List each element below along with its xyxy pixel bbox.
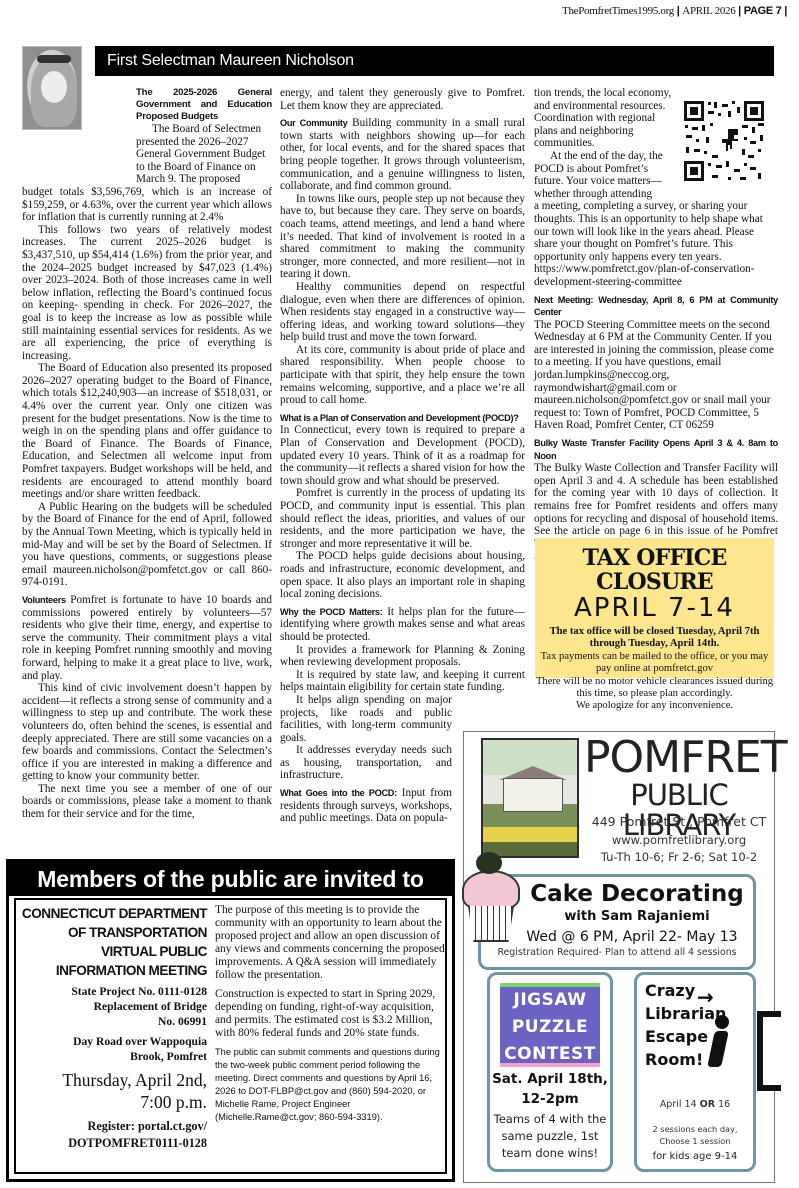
tax-notice-dates: APRIL 7-14 xyxy=(535,594,774,622)
library-ad: POMFRET PUBLIC LIBRARY 449 Pomfret St., … xyxy=(463,731,775,1183)
qr-code-graphic xyxy=(682,99,766,183)
issue-month: APRIL 2026 xyxy=(682,5,735,17)
folio-separator: | xyxy=(735,5,743,17)
meeting-details: CONNECTICUT DEPARTMENT OF TRANSPORTATION… xyxy=(20,904,207,1152)
photo-sunglasses xyxy=(37,55,71,63)
public-meeting-notice: Members of the public are invited to CON… xyxy=(6,859,455,1182)
meeting-date: Thursday, April 2nd, xyxy=(20,1069,207,1091)
meeting-time: 7:00 p.m. xyxy=(20,1091,207,1113)
paragraph: The next time you see a member of one of… xyxy=(22,783,272,821)
cake-event-schedule: Wed @ 6 PM, April 22- May 13 xyxy=(511,927,753,947)
paragraph: tion trends, the local economy, and envi… xyxy=(534,87,674,150)
qr-wrap-text: tion trends, the local economy, and envi… xyxy=(534,87,674,200)
project-line: Replacement of Bridge xyxy=(20,999,207,1014)
next-meeting-heading: Next Meeting: Wednesday, April 8, 6 PM a… xyxy=(534,294,778,319)
house-icon xyxy=(503,778,563,812)
jigsaw-graphic-text: PUZZLE xyxy=(500,1014,600,1041)
escape-room-dates: April 14 OR 16 xyxy=(637,1099,753,1112)
bulky-waste-heading: Bulky Waste Transfer Facility Opens Apri… xyxy=(534,437,778,462)
paragraph: It helps align spending on major project… xyxy=(280,694,452,744)
meeting-organization: CONNECTICUT DEPARTMENT OF TRANSPORTATION… xyxy=(20,904,207,980)
paragraph: It provides a framework for Planning & Z… xyxy=(280,644,525,669)
meeting-notice-body: CONNECTICUT DEPARTMENT OF TRANSPORTATION… xyxy=(14,898,447,1174)
escape-room-event: Crazy Librarian Escape Room! → April 14 … xyxy=(634,972,756,1172)
paragraph: Our Community Building community in a sm… xyxy=(280,117,525,193)
cake-event-title: Cake Decorating xyxy=(521,880,753,908)
runner-body xyxy=(707,1031,729,1067)
cupcake-frosting xyxy=(462,870,520,910)
paragraph: budget totals $3,596,769, which is an in… xyxy=(22,186,272,224)
jigsaw-description: Teams of 4 with the same puzzle, 1st tea… xyxy=(490,1111,610,1162)
register-line: Register: portal.ct.gov/ xyxy=(20,1118,207,1135)
paragraph-text: Pomfret is fortunate to have 10 boards a… xyxy=(22,594,272,682)
paragraph: The POCD helps guide decisions about hou… xyxy=(280,550,525,600)
paragraph: This kind of civic involvement doesn’t h… xyxy=(22,682,272,783)
paragraph: Volunteers Pomfret is fortunate to have … xyxy=(22,594,272,682)
paragraph: At the end of the day, the POCD is about… xyxy=(534,150,674,200)
registration-link[interactable]: Register: portal.ct.gov/ DOTPOMFRET0111-… xyxy=(20,1118,207,1152)
paragraph-text: The Bulky Waste Collection and Transfer … xyxy=(534,462,778,550)
tax-notice-line: There will be no motor vehicle clearance… xyxy=(535,676,774,701)
column-banner: First Selectman Maureen Nicholson xyxy=(95,46,774,76)
escape-title-line: Crazy xyxy=(645,979,726,1002)
jigsaw-time: 12-2pm xyxy=(490,1089,610,1109)
jigsaw-graphic-text: CONTEST xyxy=(500,1041,600,1068)
register-line: DOTPOMFRET0111-0128 xyxy=(20,1135,207,1152)
paragraph: Why the POCD Matters: It helps plan for … xyxy=(280,606,525,644)
paragraph: A Public Hearing on the budgets will be … xyxy=(22,501,272,589)
construction-info: Construction is expected to start in Spr… xyxy=(215,988,449,1040)
runner-head xyxy=(715,1015,729,1029)
library-name-top: POMFRET xyxy=(584,736,774,780)
meeting-purpose: The purpose of this meeting is to provid… xyxy=(215,904,449,982)
project-line: No. 06991 xyxy=(20,1014,207,1029)
escape-date-text: April 14 xyxy=(660,1099,700,1110)
what-goes-heading: What Goes into the POCD: xyxy=(280,788,397,798)
paragraph: In Connecticut, every town is required t… xyxy=(280,424,525,487)
paragraph: This follows two years of relatively mod… xyxy=(22,224,272,363)
project-number: State Project No. 0111-0128 Replacement … xyxy=(20,984,207,1029)
running-person-icon xyxy=(705,1015,735,1081)
arrow-right-icon: → xyxy=(697,991,714,1004)
cake-event-host: with Sam Rajaniemi xyxy=(521,908,753,925)
meeting-description: The purpose of this meeting is to provid… xyxy=(215,904,449,1124)
paragraph: It addresses everyday needs such as hous… xyxy=(280,744,452,782)
pocd-heading: What is a Plan of Conservation and Devel… xyxy=(280,412,525,425)
org-line: VIRTUAL PUBLIC xyxy=(20,942,207,961)
paragraph: The Board of Education also presented it… xyxy=(22,362,272,501)
flower-icon xyxy=(476,852,502,874)
paragraph: energy, and talent they generously give … xyxy=(280,87,525,112)
paragraph: The Board of Selectmen presented the 202… xyxy=(136,123,272,186)
escape-room-ages: for kids age 9-14 xyxy=(637,1151,753,1164)
paragraph-text: Building community in a small rural town… xyxy=(280,117,525,192)
paragraph: Pomfret is currently in the process of u… xyxy=(280,487,525,550)
org-line: CONNECTICUT DEPARTMENT xyxy=(20,904,207,923)
page-number: PAGE 7 xyxy=(744,5,782,17)
org-line: OF TRANSPORTATION xyxy=(20,923,207,942)
location-line: Brook, Pomfret xyxy=(20,1049,207,1064)
paragraph: The POCD Steering Committee meets on the… xyxy=(534,319,778,432)
why-pocd-heading: Why the POCD Matters: xyxy=(280,607,383,617)
library-illustration xyxy=(481,738,579,858)
escape-room-sessions: 2 sessions each day, Choose 1 session xyxy=(637,1123,753,1147)
article-column-2: energy, and talent they generously give … xyxy=(280,87,525,825)
cake-event-note: Registration Required- Plan to attend al… xyxy=(481,947,753,959)
library-hours: Tu-Th 10-6; Fr 2-6; Sat 10-2 xyxy=(584,849,774,865)
page-folio: ThePomfretTimes1995.org | APRIL 2026 | P… xyxy=(562,5,787,18)
library-address: 449 Pomfret St., Pomfret CT xyxy=(584,814,774,830)
comment-info: The public can submit comments and quest… xyxy=(215,1046,449,1124)
budget-heading: The 2025-2026 General Government and Edu… xyxy=(136,87,272,123)
org-line: INFORMATION MEETING xyxy=(20,961,207,980)
project-line: State Project No. 0111-0128 xyxy=(20,984,207,999)
meeting-notice-header: Members of the public are invited to xyxy=(9,862,452,896)
project-location: Day Road over Wappoquia Brook, Pomfret xyxy=(20,1034,207,1064)
tax-notice-line: Tax payments can be mailed to the office… xyxy=(535,651,774,676)
paragraph: At its core, community is about pride of… xyxy=(280,344,525,407)
location-line: Day Road over Wappoquia xyxy=(20,1034,207,1049)
jigsaw-puzzle-graphic: JIGSAW PUZZLE CONTEST xyxy=(500,983,600,1067)
jigsaw-contest-event: JIGSAW PUZZLE CONTEST Sat. April 18th, 1… xyxy=(487,972,613,1172)
meeting-datetime: Thursday, April 2nd, 7:00 p.m. xyxy=(20,1069,207,1113)
paragraph: What Goes into the POCD: Input from resi… xyxy=(280,787,452,825)
volunteers-heading: Volunteers xyxy=(22,595,66,605)
tax-office-closure-notice: TAX OFFICE CLOSURE APRIL 7-14 The tax of… xyxy=(535,538,774,678)
jigsaw-date: Sat. April 18th, xyxy=(490,1069,610,1089)
paragraph: Healthy communities depend on respectful… xyxy=(280,281,525,344)
photo-wrap-text: The 2025-2026 General Government and Edu… xyxy=(136,87,272,186)
library-website[interactable]: www.pomfretlibrary.org xyxy=(584,832,774,848)
community-heading: Our Community xyxy=(280,118,347,128)
paragraph: In towns like ours, people step up not b… xyxy=(280,193,525,281)
escape-date-or: OR xyxy=(700,1099,715,1110)
narrow-text-block: It helps align spending on major project… xyxy=(280,694,452,825)
qr-code-icon[interactable] xyxy=(682,99,766,183)
tax-notice-line: The tax office will be closed Tuesday, A… xyxy=(535,626,774,651)
escape-date-text: 16 xyxy=(715,1099,730,1110)
door-icon xyxy=(757,1011,781,1091)
site-name: ThePomfretTimes1995.org xyxy=(562,5,674,17)
cupcake-liner xyxy=(468,906,514,942)
tax-notice-line: We apologize for any inconvenience. xyxy=(535,700,774,712)
paragraph: It is required by state law, and keeping… xyxy=(280,669,525,694)
article-column-1: The 2025-2026 General Government and Edu… xyxy=(22,87,272,821)
paragraph: a meeting, completing a survey, or shari… xyxy=(534,200,778,288)
jigsaw-graphic-text: JIGSAW xyxy=(500,987,600,1014)
cupcake-icon xyxy=(462,852,524,944)
tax-notice-title: TAX OFFICE CLOSURE xyxy=(535,546,774,594)
folio-separator: | xyxy=(781,5,787,17)
library-name-bottom: PUBLIC LIBRARY xyxy=(584,780,774,840)
